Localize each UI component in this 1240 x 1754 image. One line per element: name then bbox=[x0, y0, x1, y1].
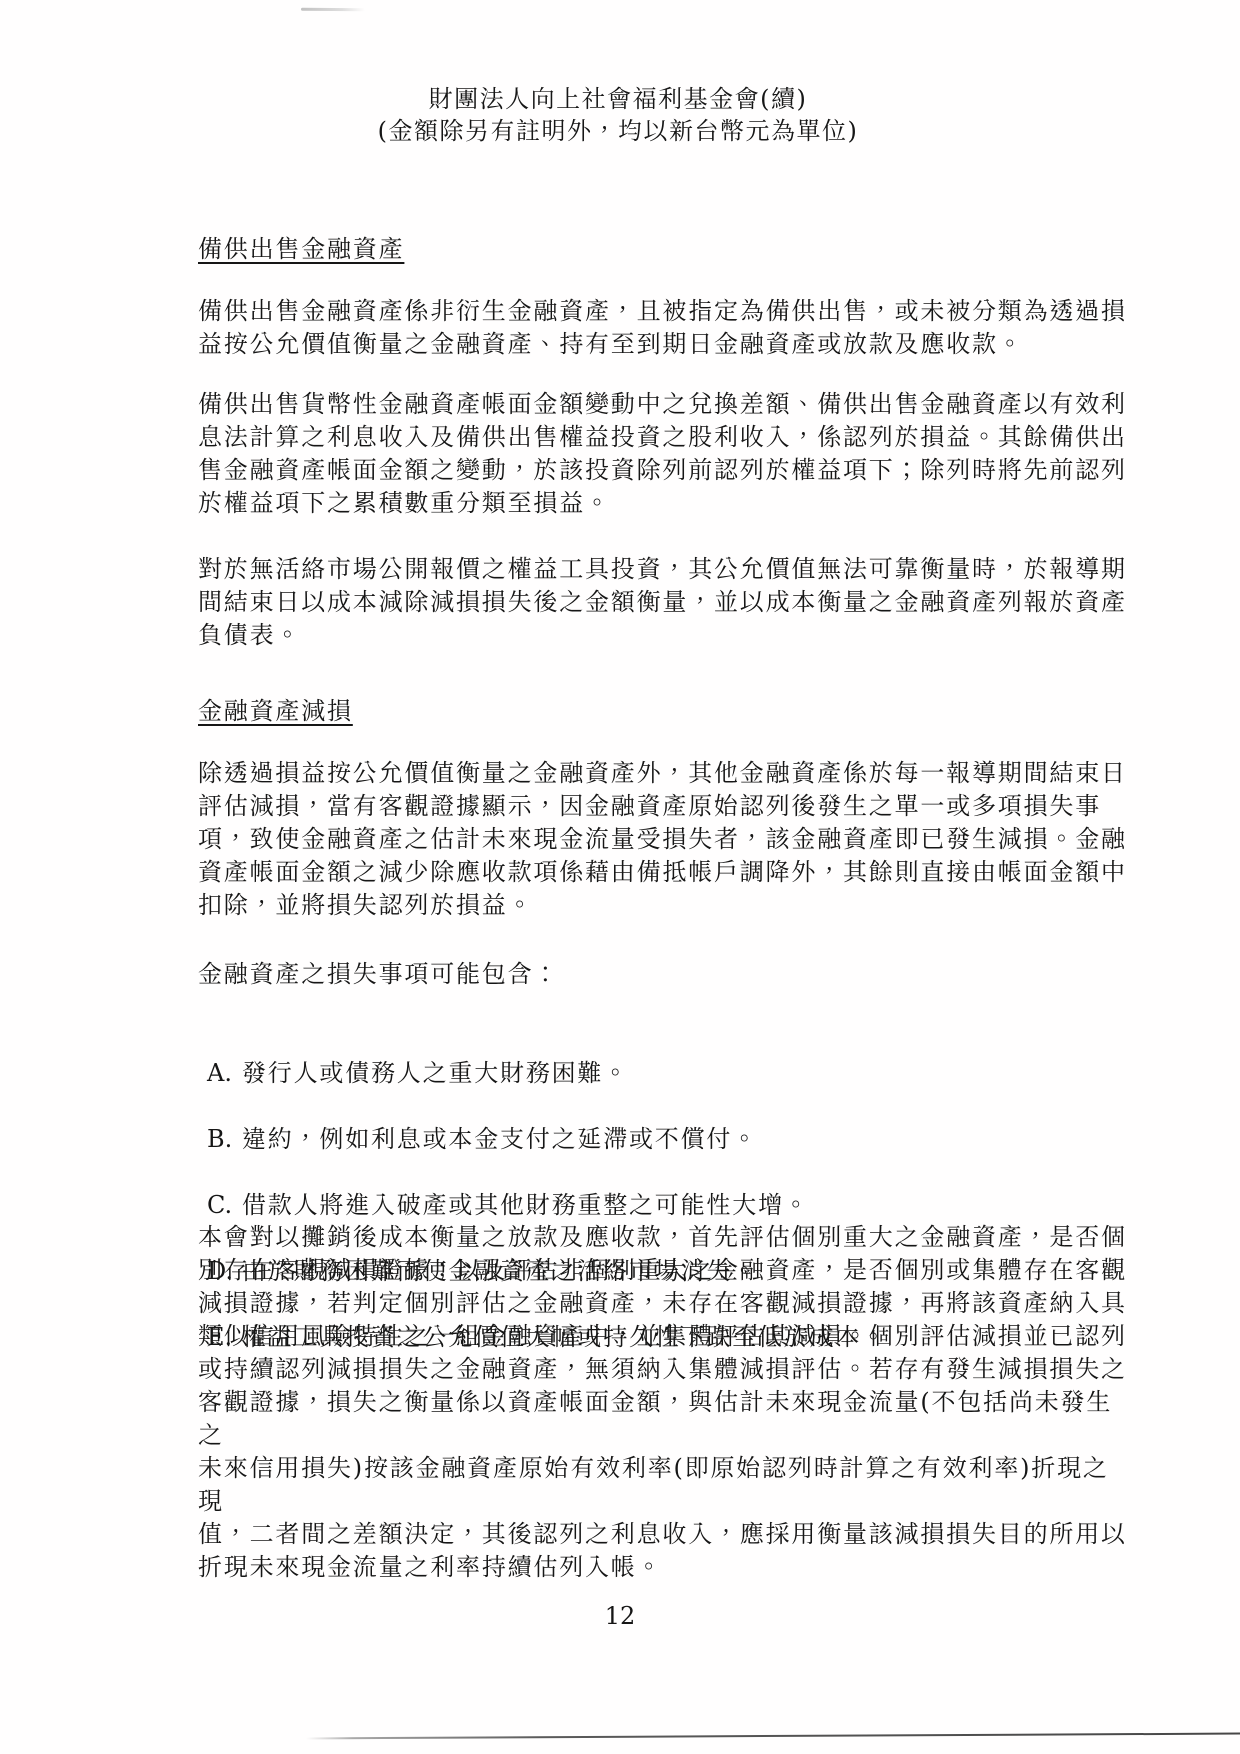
list-item: B. 違約，例如利息或本金支付之延滯或不償付。 bbox=[198, 1123, 1134, 1156]
list-item-text: 借款人將進入破產或其他財務重整之可能性大增。 bbox=[242, 1189, 810, 1222]
scan-edge-line-artifact bbox=[306, 1733, 1240, 1740]
document-title: 財團法人向上社會福利基金會(續) bbox=[0, 82, 1236, 116]
paragraph-afs-definition: 備供出售金融資產係非衍生金融資產，且被指定為備供出售，或未被分類為透過損 益按公… bbox=[198, 295, 1134, 361]
list-item-label: A. bbox=[198, 1057, 242, 1090]
list-item-label: C. bbox=[198, 1189, 242, 1222]
list-item: C. 借款人將進入破產或其他財務重整之可能性大增。 bbox=[198, 1189, 1134, 1222]
scan-smudge-artifact bbox=[301, 8, 365, 11]
list-item: A. 發行人或債務人之重大財務困難。 bbox=[198, 1057, 1134, 1090]
loss-events-intro: 金融資產之損失事項可能包含： bbox=[198, 958, 1134, 991]
section-heading-financial-asset-impairment: 金融資產減損 bbox=[198, 695, 1134, 728]
list-item-text: 發行人或債務人之重大財務困難。 bbox=[242, 1057, 629, 1090]
paragraph-loans-receivables-impairment: 本會對以攤銷後成本衡量之放款及應收款，首先評估個別重大之金融資產，是否個 別存在… bbox=[198, 1221, 1134, 1584]
document-subtitle: (金額除另有註明外，均以新台幣元為單位) bbox=[0, 114, 1236, 148]
list-item-label: B. bbox=[198, 1123, 242, 1156]
paragraph-afs-cost-measurement: 對於無活絡市場公開報價之權益工具投資，其公允價值無法可靠衡量時，於報導期 間結束… bbox=[198, 553, 1134, 652]
section-heading-available-for-sale-financial-assets: 備供出售金融資產 bbox=[198, 233, 1134, 266]
document-page: 財團法人向上社會福利基金會(續) (金額除另有註明外，均以新台幣元為單位) 備供… bbox=[0, 0, 1240, 1754]
paragraph-impairment-assessment: 除透過損益按公允價值衡量之金融資產外，其他金融資產係於每一報導期間結束日 評估減… bbox=[198, 757, 1134, 922]
page-number: 12 bbox=[0, 1600, 1240, 1633]
list-item-text: 違約，例如利息或本金支付之延滯或不償付。 bbox=[242, 1123, 758, 1156]
paragraph-afs-recognition: 備供出售貨幣性金融資產帳面金額變動中之兌換差額、備供出售金融資產以有效利 息法計… bbox=[198, 388, 1134, 520]
